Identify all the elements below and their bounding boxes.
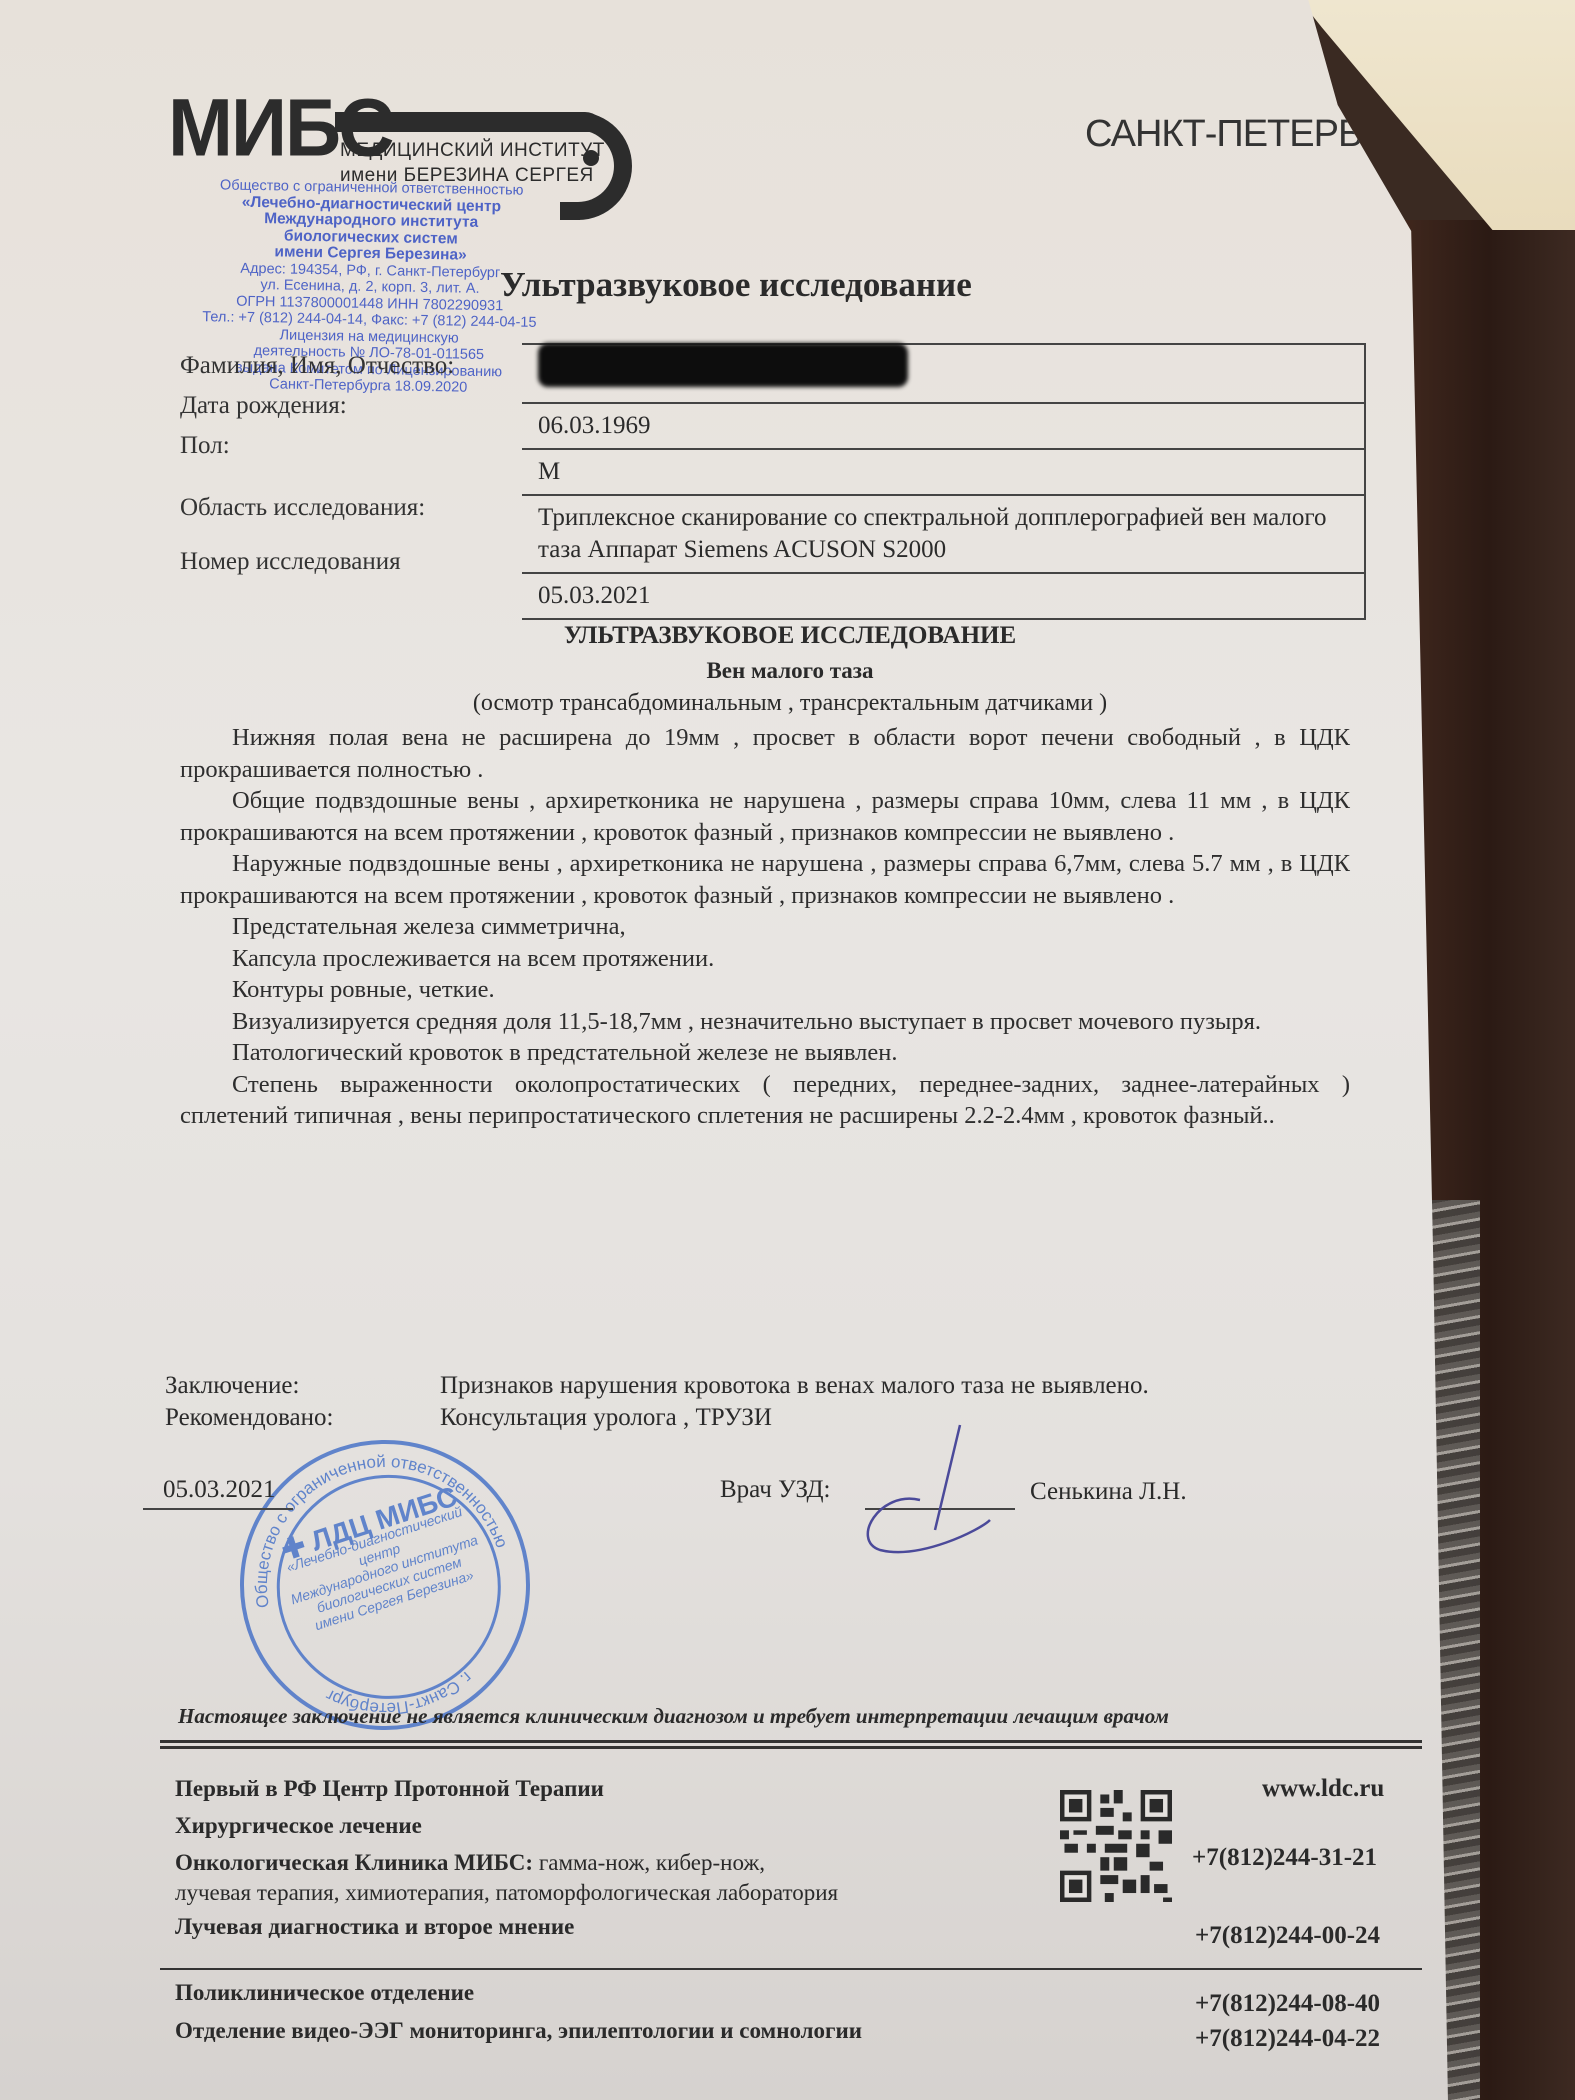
- section-note: (осмотр трансабдоминальным , трансректал…: [180, 690, 1400, 717]
- signature-mark: [840, 1420, 1020, 1560]
- conclusion-text: Признаков нарушения кровотока в венах ма…: [440, 1372, 1149, 1399]
- website-link[interactable]: www.ldc.ru: [1262, 1775, 1384, 1803]
- department-2: Отделение видео-ЭЭГ мониторинга, эпилепт…: [175, 2018, 862, 2044]
- footer-line: Первый в РФ Центр Протонной Терапии: [175, 1776, 604, 1802]
- section-subtitle: Вен малого таза: [180, 658, 1400, 684]
- section-title: УЛЬТРАЗВУКОВОЕ ИССЛЕДОВАНИЕ: [180, 622, 1400, 650]
- finding-paragraph: Общие подвздошные вены , архиретконика н…: [180, 785, 1350, 848]
- value-exam-area: Триплексное сканирование со спектральной…: [522, 494, 1364, 572]
- date-underline: [143, 1508, 293, 1510]
- doctor-name: Сенькина Л.Н.: [1030, 1478, 1187, 1506]
- finding-paragraph: Степень выраженности околопростатических…: [180, 1069, 1350, 1132]
- phone-2[interactable]: +7(812)244-00-24: [1195, 1922, 1380, 1950]
- department-2-phone[interactable]: +7(812)244-04-22: [1195, 2025, 1380, 2053]
- recommendation-label: Рекомендовано:: [165, 1404, 440, 1432]
- report-date: 05.03.2021: [163, 1476, 276, 1504]
- value-birth-date: 06.03.1969: [522, 402, 1364, 448]
- document-title: Ультразвуковое исследование: [500, 265, 972, 305]
- finding-paragraph: Нижняя полая вена не расширена до 19мм ,…: [180, 722, 1350, 785]
- finding-paragraph: Патологический кровоток в предстательной…: [180, 1037, 1350, 1069]
- value-sex: М: [522, 448, 1364, 494]
- footer-line: Лучевая диагностика и второе мнение: [175, 1914, 574, 1940]
- footer-line: Хирургическое лечение: [175, 1813, 422, 1839]
- logo-subtitle: МЕДИЦИНСКИЙ ИНСТИТУТ: [340, 140, 605, 162]
- value-full-name: [522, 343, 1364, 402]
- label-birth-date: Дата рождения:: [180, 392, 347, 420]
- footer-divider: [160, 1740, 1422, 1743]
- label-full-name: Фамилия, Имя, Отчество:: [180, 352, 454, 380]
- label-exam-number: Номер исследования: [180, 548, 401, 576]
- finding-paragraph: Наружные подвздошные вены , архиретконик…: [180, 848, 1350, 911]
- doctor-label: Врач УЗД:: [720, 1476, 830, 1504]
- finding-paragraph: Визуализируется средняя доля 11,5-18,7мм…: [180, 1006, 1350, 1038]
- label-sex: Пол:: [180, 432, 230, 460]
- footer-line: Онкологическая Клиника МИБС: гамма-нож, …: [175, 1850, 765, 1876]
- phone-1[interactable]: +7(812)244-31-21: [1192, 1844, 1377, 1872]
- city-label: САНКТ-ПЕТЕРБУРГ: [1085, 113, 1428, 156]
- finding-paragraph: Капсула прослеживается на всем протяжени…: [180, 943, 1350, 975]
- qr-code-icon[interactable]: [1060, 1790, 1172, 1902]
- department-1: Поликлиническое отделение: [175, 1980, 474, 2006]
- redaction-bar: [538, 343, 908, 387]
- department-1-phone[interactable]: +7(812)244-08-40: [1195, 1990, 1380, 2018]
- disclaimer: Настоящее заключение не является клиниче…: [178, 1704, 1169, 1729]
- footer-line: лучевая терапия, химиотерапия, патоморфо…: [175, 1880, 838, 1906]
- conclusion-row: Заключение:Признаков нарушения кровотока…: [165, 1372, 1149, 1400]
- findings-text: Нижняя полая вена не расширена до 19мм ,…: [180, 722, 1350, 1132]
- label-exam-area: Область исследования:: [180, 494, 425, 522]
- finding-paragraph: Контуры ровные, четкие.: [180, 974, 1350, 1006]
- recommendation-text: Консультация уролога , ТРУЗИ: [440, 1404, 772, 1431]
- footer-divider: [160, 1968, 1422, 1970]
- document-page: МИБС МЕДИЦИНСКИЙ ИНСТИТУТ имени БЕРЕЗИНА…: [0, 0, 1470, 2100]
- finding-paragraph: Предстательная железа симметрична,: [180, 911, 1350, 943]
- footer-divider: [160, 1746, 1422, 1749]
- value-exam-number: 05.03.2021: [522, 572, 1364, 620]
- patient-info-table: 06.03.1969 М Триплексное сканирование со…: [522, 343, 1366, 620]
- conclusion-label: Заключение:: [165, 1372, 440, 1400]
